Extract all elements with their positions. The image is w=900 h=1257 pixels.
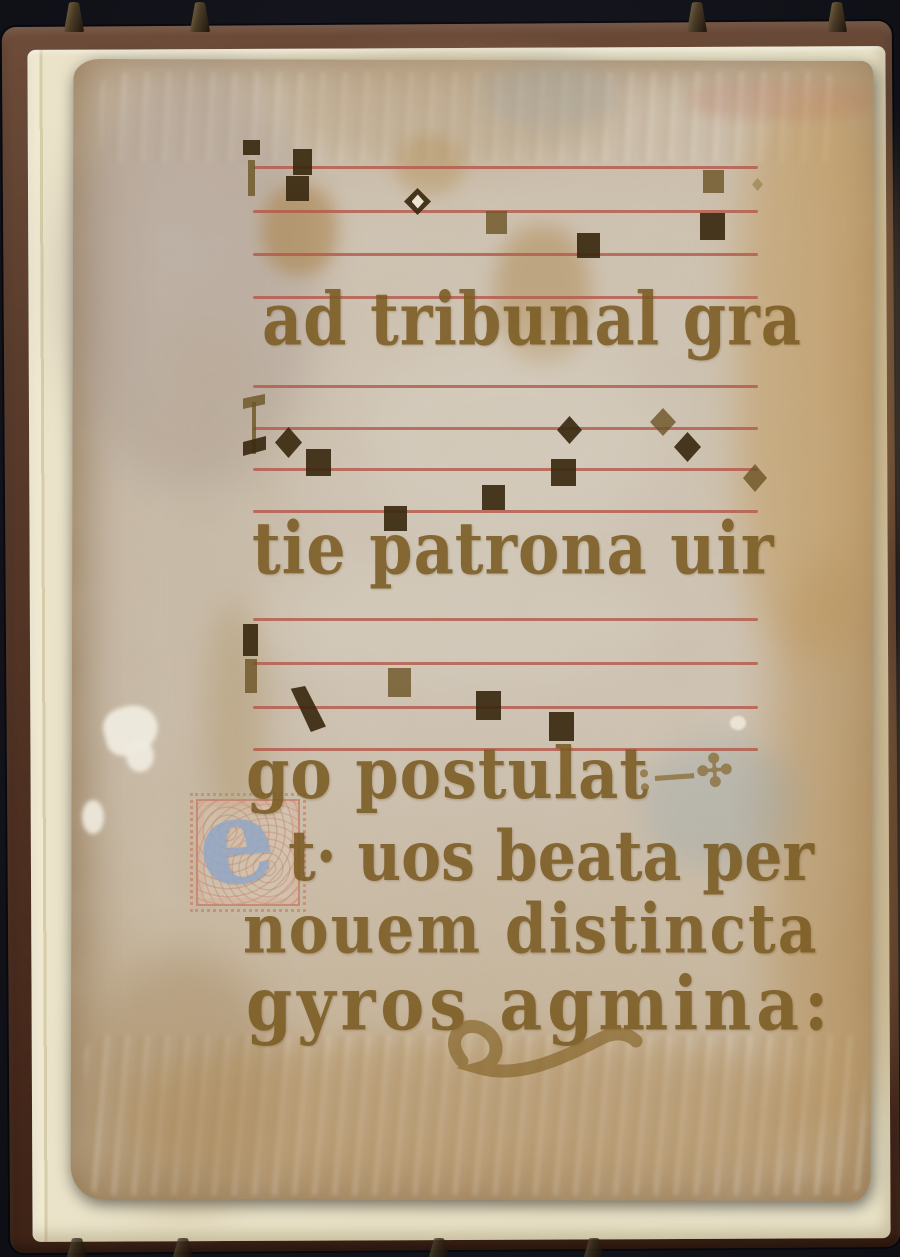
chant-text-line-1: ad tribunal gra [262,276,802,362]
neume-note [476,691,501,720]
photograph-background: ad tribunal gra tie patrona uir go postu… [0,0,900,1257]
neume-note [700,213,725,240]
staff-line [253,166,758,169]
neume-note [486,211,507,234]
illuminated-initial-letter: e [193,780,279,904]
neume-note [248,160,255,196]
neume-note [388,668,411,697]
neume-note [293,149,312,175]
line-filler-flourish: :—✣ [634,745,734,803]
binding-stud-icon [63,2,85,32]
binding-stud-icon [686,2,708,32]
binding-stud-icon [826,2,848,32]
staff-line [253,618,758,621]
neume-note [243,140,260,155]
staff-line [253,706,758,709]
neume-note [245,659,257,693]
chant-text-line-3: go postulat [246,732,649,815]
neume-note [703,170,724,193]
neume-note [306,449,331,476]
staff-line [253,427,758,430]
staff-line [253,385,758,388]
neume-note [286,176,309,201]
chant-text-line-2: tie patrona uir [252,506,775,591]
neume-note [577,233,600,258]
chant-text-line-5: nouem distincta [243,890,819,970]
binding-stud-icon [189,2,211,32]
flaked-ink-hole [412,194,424,208]
neume-note [243,624,258,656]
chant-text-line-4: t· uos beata per [288,816,814,897]
neume-note [551,459,576,486]
staff-line [253,662,758,665]
staff-line [253,253,758,256]
parchment-surface-streaks-top [100,72,840,162]
calligraphic-swash [440,1015,650,1085]
